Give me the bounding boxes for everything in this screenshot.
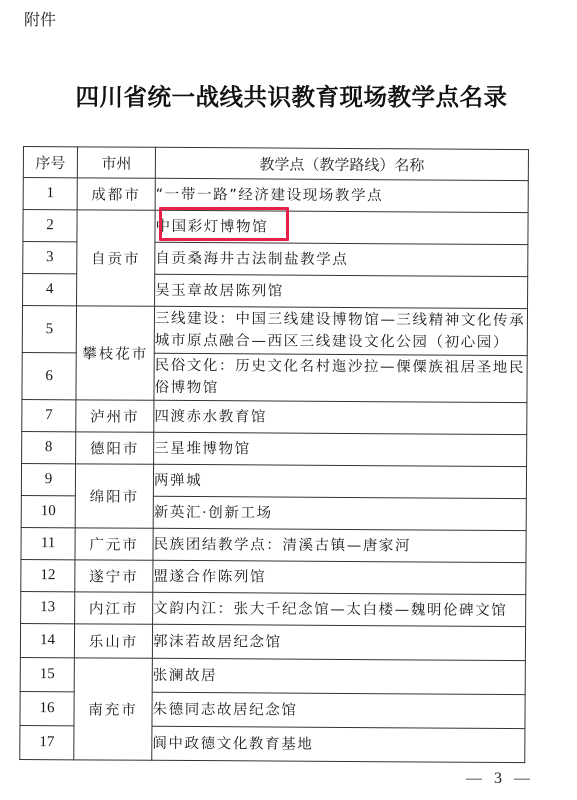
row-name: 新英汇·创新工场 — [153, 496, 526, 530]
row-name: 阆中政德文化教育基地 — [152, 726, 525, 762]
row-name: 民族团结教学点：清溪古镇—唐家河 — [153, 528, 526, 562]
row-name: 吴玉章故居陈列馆 — [155, 274, 528, 308]
table-row: 8 德阳市 三星堆博物馆 — [22, 431, 527, 466]
row-city: 内江市 — [75, 592, 153, 624]
row-no: 11 — [21, 527, 75, 559]
header-city: 市州 — [77, 147, 155, 178]
row-no: 9 — [21, 463, 75, 495]
row-no: 4 — [23, 274, 77, 306]
row-city: 自贡市 — [77, 210, 156, 306]
document-title: 四川省统一战线共识教育现场教学点名录 — [0, 78, 577, 112]
table-header-row: 序号 市州 教学点（教学路线）名称 — [23, 147, 528, 181]
table-row: 12 遂宁市 盟遂合作陈列馆 — [21, 559, 526, 594]
row-name: 朱德同志故居纪念馆 — [152, 692, 525, 728]
row-no: 1 — [23, 178, 77, 210]
highlight-box — [159, 207, 289, 241]
row-name: 盟遂合作陈列馆 — [153, 560, 526, 594]
table-row: 9 绵阳市 两弹城 — [21, 463, 526, 498]
attachment-label: 附件 — [24, 7, 56, 30]
row-no: 5 — [22, 306, 76, 353]
table-row: 15 南充市 张澜故居 — [20, 657, 525, 694]
row-city: 德阳市 — [76, 432, 154, 464]
row-city: 乐山市 — [74, 624, 152, 658]
row-no: 7 — [22, 399, 76, 431]
row-name: 三线建设：中国三线建设博物馆—三线精神文化传承城市原点融合—西区三线建设文化公园… — [154, 306, 527, 355]
row-city: 成都市 — [77, 178, 155, 210]
row-no: 10 — [21, 495, 75, 527]
row-no: 17 — [20, 725, 74, 759]
row-name: 张澜故居 — [152, 658, 525, 694]
table-row: 11 广元市 民族团结教学点：清溪古镇—唐家河 — [21, 527, 526, 562]
row-city: 绵阳市 — [75, 464, 153, 528]
row-no: 14 — [20, 623, 74, 657]
table-row: 7 泸州市 四渡赤水教育馆 — [22, 399, 527, 434]
row-no: 2 — [23, 210, 77, 242]
row-no: 8 — [22, 431, 76, 463]
row-city: 遂宁市 — [75, 560, 153, 592]
row-no: 16 — [20, 691, 74, 725]
table-row: 13 内江市 文韵内江：张大千纪念馆—太白楼—魏明伦碑文馆 — [21, 591, 526, 626]
header-name: 教学点（教学路线）名称 — [155, 147, 528, 180]
row-no: 13 — [21, 591, 75, 623]
row-no: 3 — [23, 242, 77, 274]
row-name: 三星堆博物馆 — [154, 432, 527, 466]
row-name: 文韵内江：张大千纪念馆—太白楼—魏明伦碑文馆 — [153, 592, 526, 626]
row-name: 郭沫若故居纪念馆 — [152, 624, 525, 660]
table-row: 14 乐山市 郭沫若故居纪念馆 — [20, 623, 525, 660]
row-name: 两弹城 — [153, 464, 526, 498]
page-number: — 3 — — [466, 770, 534, 788]
row-city: 攀枝花市 — [76, 306, 155, 400]
row-city: 泸州市 — [76, 400, 154, 432]
row-name: 四渡赤水教育馆 — [154, 400, 527, 434]
row-no: 12 — [21, 559, 75, 591]
row-no: 15 — [20, 657, 74, 691]
row-city: 广元市 — [75, 528, 153, 560]
row-name: 民俗文化：历史文化名村迤沙拉—傈僳族祖居圣地民俗博物馆 — [154, 353, 527, 402]
row-name: 自贡桑海井古法制盐教学点 — [155, 242, 528, 276]
row-no: 6 — [22, 352, 76, 399]
table-row: 5 攀枝花市 三线建设：中国三线建设博物馆—三线精神文化传承城市原点融合—西区三… — [22, 306, 527, 356]
row-city: 南充市 — [74, 658, 153, 760]
header-no: 序号 — [23, 147, 77, 178]
